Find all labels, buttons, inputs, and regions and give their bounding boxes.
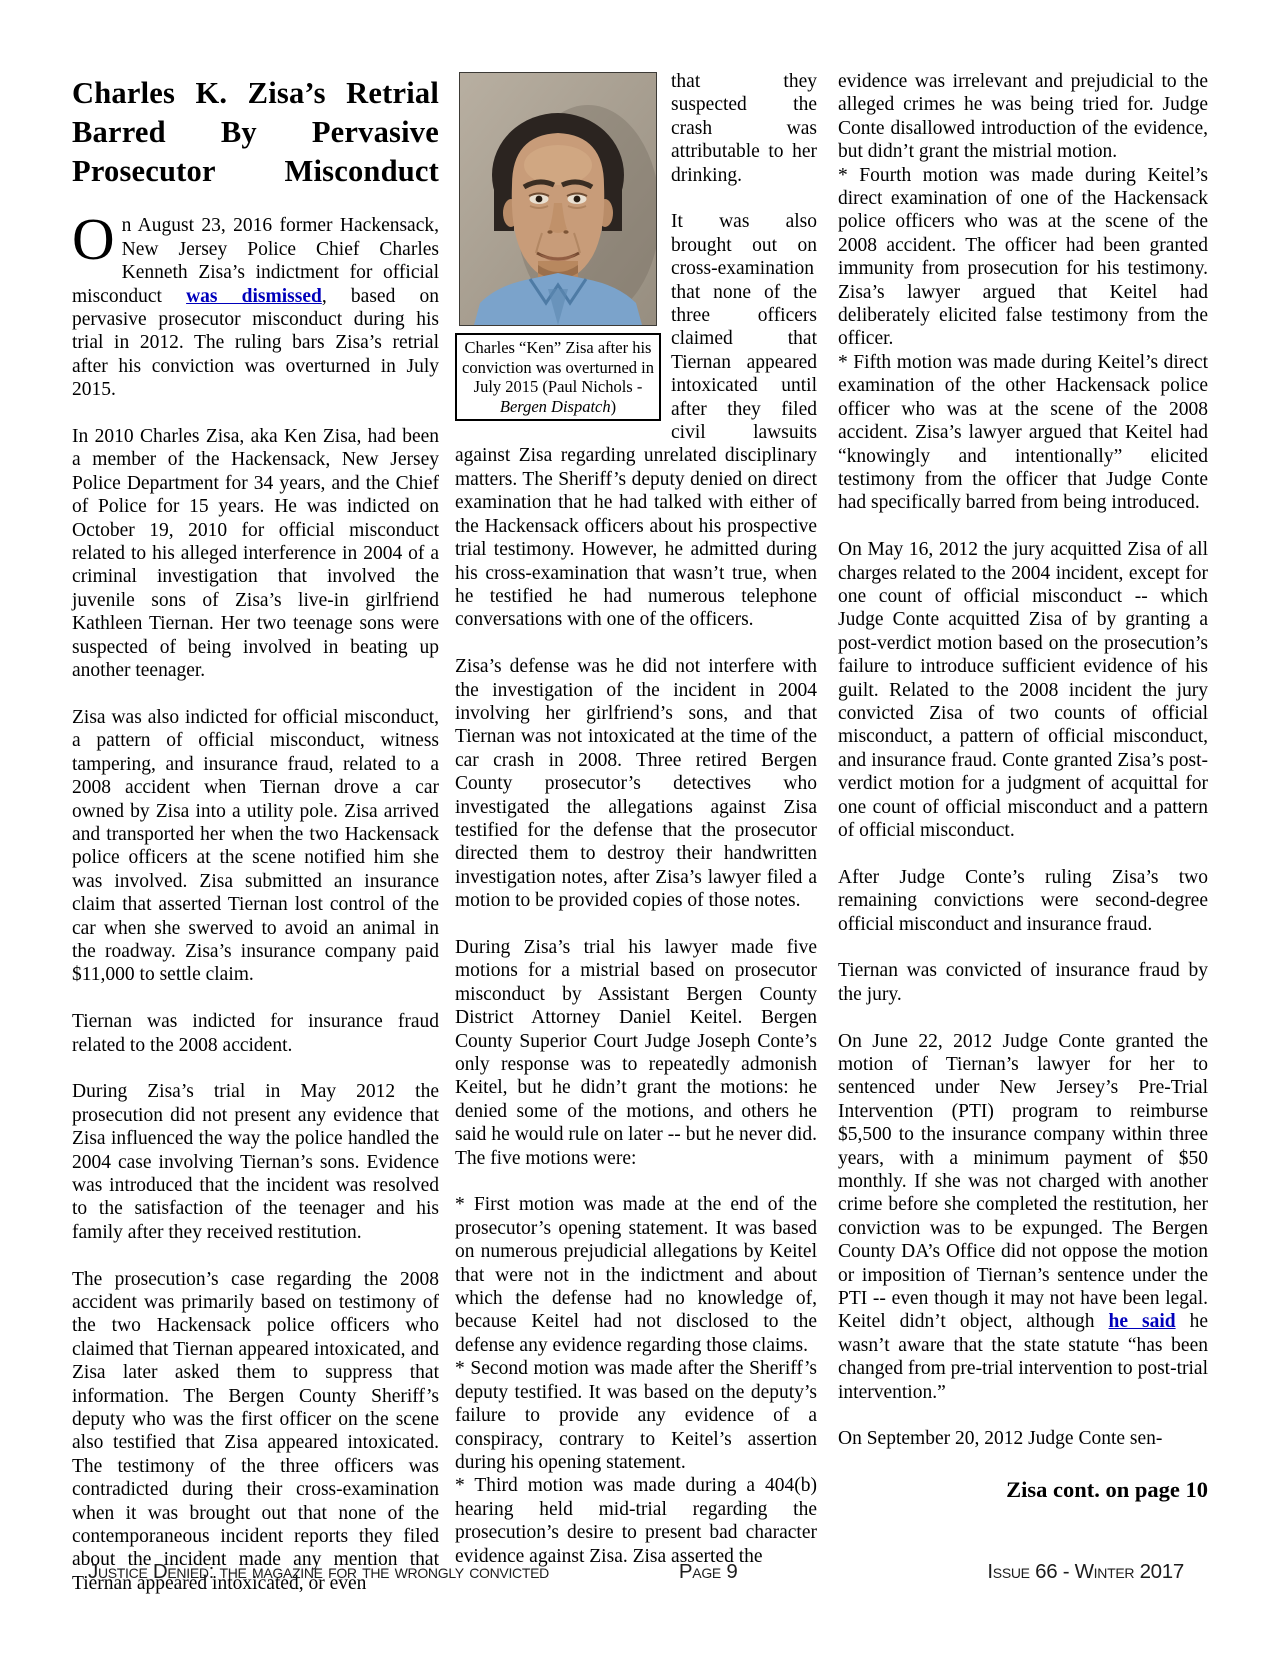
portrait-illustration xyxy=(460,73,656,325)
paragraph: In 2010 Charles Zisa, aka Ken Zisa, had … xyxy=(72,425,439,682)
issue-label: Issue 66 - Winter 2017 xyxy=(987,1560,1184,1584)
column-1: Charles K. Zisa’s RetrialBarred By Perva… xyxy=(72,74,439,1595)
text-run: ) xyxy=(611,397,617,416)
paragraph: After Judge Conte’s ruling Zisa’s two re… xyxy=(838,866,1208,936)
paragraph: On August 23, 2016 former Hackensack, Ne… xyxy=(72,214,439,401)
paragraph: On September 20, 2012 Judge Conte sen- xyxy=(838,1427,1208,1450)
paragraph: Zisa was also indicted for official misc… xyxy=(72,706,439,987)
text-run: On June 22, 2012 Judge Conte granted the… xyxy=(838,1031,1208,1333)
text-run: Zisa cont. on page 10 xyxy=(1006,1477,1208,1502)
inline-link[interactable]: was dismissed xyxy=(186,286,322,307)
paragraph: On June 22, 2012 Judge Conte granted the… xyxy=(838,1030,1208,1405)
paragraph: Tiernan was convicted of insurance fraud… xyxy=(838,959,1208,1006)
paragraph: Tiernan was indicted for insurance fraud… xyxy=(72,1010,439,1057)
text-run: * Fourth motion was made during Keitel’s… xyxy=(838,165,1208,350)
page-footer: Justice Denied: the magazine for the wro… xyxy=(72,1560,1184,1584)
text-run: In 2010 Charles Zisa, aka Ken Zisa, had … xyxy=(72,426,439,681)
text-run: During Zisa’s trial his lawyer made five… xyxy=(455,937,817,1169)
continuation-notice: Zisa cont. on page 10 xyxy=(838,1477,1208,1503)
text-run: During Zisa’s trial in May 2012 the pros… xyxy=(72,1081,439,1242)
paragraph: evidence was irrelevant and prejudicial … xyxy=(838,70,1208,164)
text-run: Tiernan was convicted of insurance fraud… xyxy=(838,960,1208,1004)
text-run: Tiernan was indicted for insurance fraud… xyxy=(72,1011,439,1055)
bullet-paragraph: * First motion was made at the end of th… xyxy=(455,1193,817,1357)
text-run: * Fifth motion was made during Keitel’s … xyxy=(838,352,1208,513)
zisa-photo-box: Charles “Ken” Zisa after his conviction … xyxy=(455,72,661,421)
text-run: On September 20, 2012 Judge Conte sen- xyxy=(838,1428,1162,1449)
text-run: Bergen Dispatch xyxy=(500,397,611,416)
headline-line: Charles K. Zisa’s Retrial xyxy=(72,74,439,113)
bullet-paragraph: * Third motion was made during a 404(b) … xyxy=(455,1474,817,1568)
text-run: * Third motion was made during a 404(b) … xyxy=(455,1475,817,1566)
bullet-paragraph: * Fifth motion was made during Keitel’s … xyxy=(838,351,1208,515)
column-3: evidence was irrelevant and prejudicial … xyxy=(838,70,1208,1503)
photo-caption: Charles “Ken” Zisa after his conviction … xyxy=(455,333,661,421)
text-run: * First motion was made at the end of th… xyxy=(455,1194,817,1355)
text-run: that they suspected the crash was attrib… xyxy=(671,71,817,186)
text-run: The prosecution’s case regarding the 200… xyxy=(72,1269,439,1594)
text-run: Zisa was also indicted for official misc… xyxy=(72,707,439,985)
text-run: Zisa’s defense was he did not interfere … xyxy=(455,656,817,911)
paragraph: During Zisa’s trial in May 2012 the pros… xyxy=(72,1080,439,1244)
magazine-title: Justice Denied: the magazine for the wro… xyxy=(72,1560,549,1584)
text-run: After Judge Conte’s ruling Zisa’s two re… xyxy=(838,867,1208,935)
paragraph: Zisa’s defense was he did not interfere … xyxy=(455,655,817,912)
paragraph: During Zisa’s trial his lawyer made five… xyxy=(455,936,817,1170)
headline-line: Prosecutor Misconduct xyxy=(72,152,439,191)
text-run: Charles “Ken” Zisa after his conviction … xyxy=(462,338,654,396)
text-run: evidence was irrelevant and prejudicial … xyxy=(838,71,1208,162)
column-2: Charles “Ken” Zisa after his conviction … xyxy=(455,70,817,1568)
paragraph: On May 16, 2012 the jury acquitted Zisa … xyxy=(838,538,1208,842)
zisa-photo xyxy=(459,72,657,326)
headline-line: Barred By Pervasive xyxy=(72,113,439,152)
page-number: Page 9 xyxy=(679,1560,858,1584)
drop-cap: O xyxy=(72,216,115,262)
paragraph: The prosecution’s case regarding the 200… xyxy=(72,1268,439,1596)
text-run: * Second motion was made after the Sheri… xyxy=(455,1358,817,1473)
inline-link[interactable]: he said xyxy=(1109,1311,1176,1332)
bullet-paragraph: * Second motion was made after the Sheri… xyxy=(455,1357,817,1474)
text-run: On May 16, 2012 the jury acquitted Zisa … xyxy=(838,539,1208,841)
article-headline: Charles K. Zisa’s RetrialBarred By Perva… xyxy=(72,74,439,191)
bullet-paragraph: * Fourth motion was made during Keitel’s… xyxy=(838,164,1208,351)
